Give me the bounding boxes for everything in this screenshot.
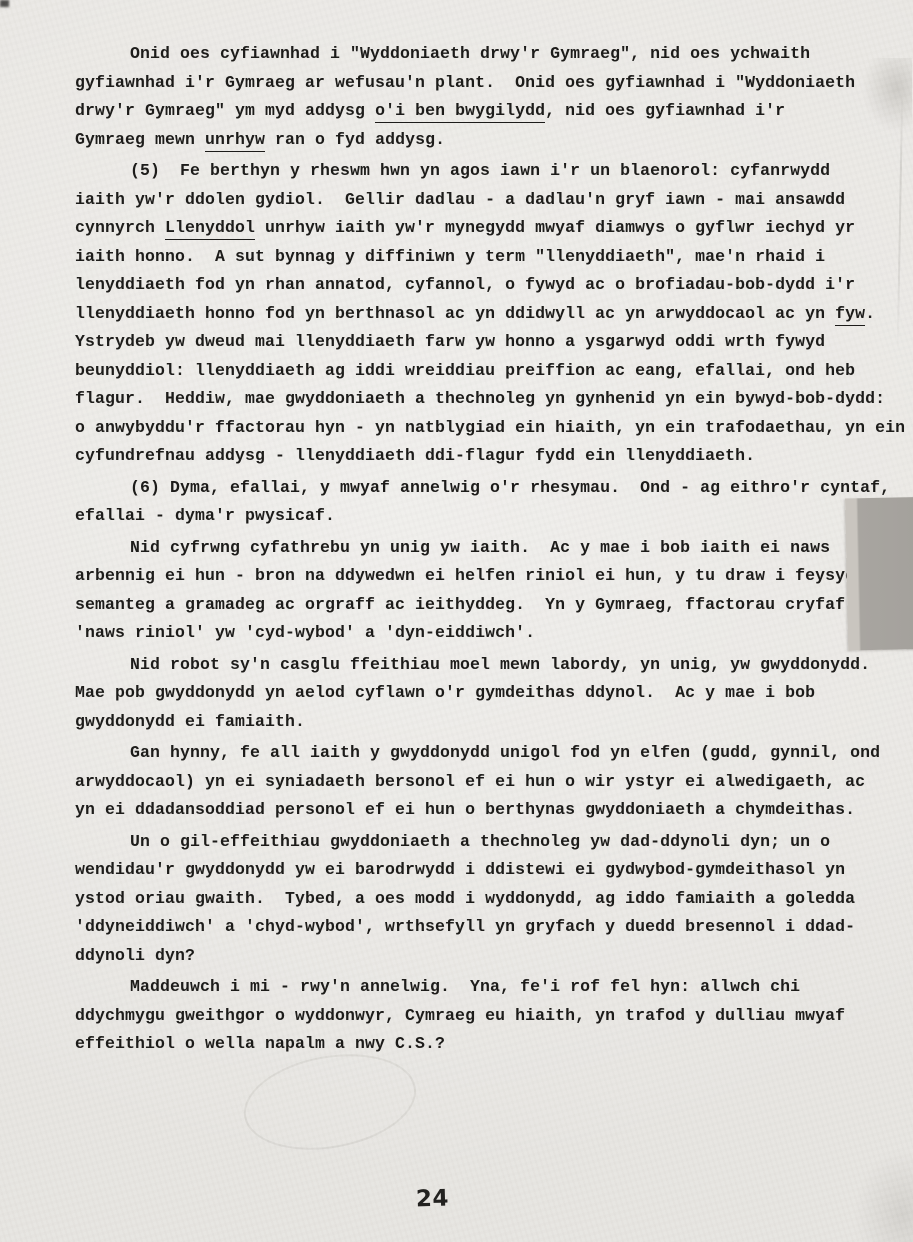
text-line: beunyddiol: llenyddiaeth ag iddi wreiddi… bbox=[75, 357, 913, 386]
text-segment: yn ei ddadansoddiad personol ef ei hun o… bbox=[75, 800, 855, 819]
text-segment: . bbox=[865, 304, 875, 323]
text-segment: ddynoli dyn? bbox=[75, 946, 195, 965]
text-line: arwyddocaol) yn ei syniadaeth bersonol e… bbox=[75, 768, 913, 797]
paragraph: (5) Fe berthyn y rheswm hwn yn agos iawn… bbox=[75, 157, 913, 471]
text-segment: lenyddiaeth fod yn rhan annatod, cyfanno… bbox=[75, 275, 855, 294]
text-line: drwy'r Gymraeg" ym myd addysg o'i ben bw… bbox=[75, 97, 913, 126]
text-segment: flagur. Heddiw, mae gwyddoniaeth a thech… bbox=[75, 389, 885, 408]
text-segment: Maddeuwch i mi - rwy'n annelwig. Yna, fe… bbox=[130, 977, 800, 996]
text-segment: Un o gil-effeithiau gwyddoniaeth a thech… bbox=[130, 832, 830, 851]
text-line: Mae pob gwyddonydd yn aelod cyflawn o'r … bbox=[75, 679, 913, 708]
paragraph: Gan hynny, fe all iaith y gwyddonydd uni… bbox=[75, 739, 913, 825]
text-line: Ystrydeb yw dweud mai llenyddiaeth farw … bbox=[75, 328, 913, 357]
text-segment: Nid robot sy'n casglu ffeithiau moel mew… bbox=[130, 655, 870, 674]
text-line: Onid oes cyfiawnhad i "Wyddoniaeth drwy'… bbox=[75, 40, 913, 69]
text-segment: Nid cyfrwng cyfathrebu yn unig yw iaith.… bbox=[130, 538, 830, 557]
text-segment: o anwybyddu'r ffactorau hyn - yn natblyg… bbox=[75, 418, 905, 437]
text-line: Gymraeg mewn unrhyw ran o fyd addysg. bbox=[75, 126, 913, 155]
text-segment: ystod oriau gwaith. Tybed, a oes modd i … bbox=[75, 889, 855, 908]
text-body: Onid oes cyfiawnhad i "Wyddoniaeth drwy'… bbox=[75, 40, 913, 1059]
text-segment: beunyddiol: llenyddiaeth ag iddi wreiddi… bbox=[75, 361, 855, 380]
text-line: cyfundrefnau addysg - llenyddiaeth ddi-f… bbox=[75, 442, 913, 471]
paragraph: (6) Dyma, efallai, y mwyaf annelwig o'r … bbox=[75, 474, 913, 531]
text-segment: ran o fyd addysg. bbox=[265, 130, 445, 149]
text-segment: iaith honno. A sut bynnag y diffiniwn y … bbox=[75, 247, 825, 266]
paragraph: Un o gil-effeithiau gwyddoniaeth a thech… bbox=[75, 828, 913, 971]
text-segment: Gymraeg mewn bbox=[75, 130, 205, 149]
text-line: arbennig ei hun - bron na ddywedwn ei he… bbox=[75, 562, 913, 591]
text-segment: wendidau'r gwyddonydd yw ei barodrwydd i… bbox=[75, 860, 845, 879]
underlined-text: unrhyw bbox=[205, 130, 265, 152]
paragraph: Nid cyfrwng cyfathrebu yn unig yw iaith.… bbox=[75, 534, 913, 648]
text-line: 'naws riniol' yw 'cyd-wybod' a 'dyn-eidd… bbox=[75, 619, 913, 648]
text-segment: effeithiol o wella napalm a nwy C.S.? bbox=[75, 1034, 445, 1053]
text-segment: (6) Dyma, efallai, y mwyaf annelwig o'r … bbox=[130, 478, 890, 497]
text-line: wendidau'r gwyddonydd yw ei barodrwydd i… bbox=[75, 856, 913, 885]
text-segment: drwy'r Gymraeg" ym myd addysg bbox=[75, 101, 375, 120]
text-line: iaith yw'r ddolen gydiol. Gellir dadlau … bbox=[75, 186, 913, 215]
text-segment: iaith yw'r ddolen gydiol. Gellir dadlau … bbox=[75, 190, 845, 209]
text-line: semanteg a gramadeg ac orgraff ac ieithy… bbox=[75, 591, 913, 620]
paragraph: Maddeuwch i mi - rwy'n annelwig. Yna, fe… bbox=[75, 973, 913, 1059]
text-segment: arwyddocaol) yn ei syniadaeth bersonol e… bbox=[75, 772, 865, 791]
underlined-text: o'i ben bwygilydd bbox=[375, 101, 545, 123]
text-segment: Ystrydeb yw dweud mai llenyddiaeth farw … bbox=[75, 332, 825, 351]
text-segment: gyfiawnhad i'r Gymraeg ar wefusau'n plan… bbox=[75, 73, 855, 92]
text-segment: (5) Fe berthyn y rheswm hwn yn agos iawn… bbox=[130, 161, 830, 180]
text-segment: efallai - dyma'r pwysicaf. bbox=[75, 506, 335, 525]
text-segment: Mae pob gwyddonydd yn aelod cyflawn o'r … bbox=[75, 683, 815, 702]
text-line: Nid cyfrwng cyfathrebu yn unig yw iaith.… bbox=[75, 534, 913, 563]
text-segment: Onid oes cyfiawnhad i "Wyddoniaeth drwy'… bbox=[130, 44, 810, 63]
text-line: ddychmygu gweithgor o wyddonwyr, Cymraeg… bbox=[75, 1002, 913, 1031]
text-line: (6) Dyma, efallai, y mwyaf annelwig o'r … bbox=[75, 474, 913, 503]
tape-patch bbox=[845, 497, 913, 650]
text-line: 'ddyneiddiwch' a 'chyd-wybod', wrthsefyl… bbox=[75, 913, 913, 942]
text-line: llenyddiaeth honno fod yn berthnasol ac … bbox=[75, 300, 913, 329]
text-line: lenyddiaeth fod yn rhan annatod, cyfanno… bbox=[75, 271, 913, 300]
text-segment: llenyddiaeth honno fod yn berthnasol ac … bbox=[75, 304, 835, 323]
text-line: efallai - dyma'r pwysicaf. bbox=[75, 502, 913, 531]
scanned-document-page: Onid oes cyfiawnhad i "Wyddoniaeth drwy'… bbox=[0, 0, 913, 1242]
text-line: ddynoli dyn? bbox=[75, 942, 913, 971]
text-line: ystod oriau gwaith. Tybed, a oes modd i … bbox=[75, 885, 913, 914]
text-segment: 'ddyneiddiwch' a 'chyd-wybod', wrthsefyl… bbox=[75, 917, 855, 936]
text-segment: unrhyw iaith yw'r mynegydd mwyaf diamwys… bbox=[255, 218, 855, 237]
text-segment: , nid oes gyfiawnhad i'r bbox=[545, 101, 785, 120]
text-line: yn ei ddadansoddiad personol ef ei hun o… bbox=[75, 796, 913, 825]
text-segment: semanteg a gramadeg ac orgraff ac ieithy… bbox=[75, 595, 865, 614]
text-line: gwyddonydd ei famiaith. bbox=[75, 708, 913, 737]
paragraph: Onid oes cyfiawnhad i "Wyddoniaeth drwy'… bbox=[75, 40, 913, 154]
text-line: Nid robot sy'n casglu ffeithiau moel mew… bbox=[75, 651, 913, 680]
text-line: Un o gil-effeithiau gwyddoniaeth a thech… bbox=[75, 828, 913, 857]
text-segment: Gan hynny, fe all iaith y gwyddonydd uni… bbox=[130, 743, 880, 762]
text-segment: cyfundrefnau addysg - llenyddiaeth ddi-f… bbox=[75, 446, 755, 465]
embossed-watermark bbox=[236, 1042, 423, 1163]
scan-corner-mark bbox=[0, 0, 9, 7]
text-line: flagur. Heddiw, mae gwyddoniaeth a thech… bbox=[75, 385, 913, 414]
text-line: (5) Fe berthyn y rheswm hwn yn agos iawn… bbox=[75, 157, 913, 186]
text-line: Gan hynny, fe all iaith y gwyddonydd uni… bbox=[75, 739, 913, 768]
text-line: effeithiol o wella napalm a nwy C.S.? bbox=[75, 1030, 913, 1059]
text-segment: gwyddonydd ei famiaith. bbox=[75, 712, 305, 731]
text-line: gyfiawnhad i'r Gymraeg ar wefusau'n plan… bbox=[75, 69, 913, 98]
text-line: Maddeuwch i mi - rwy'n annelwig. Yna, fe… bbox=[75, 973, 913, 1002]
underlined-text: fyw bbox=[835, 304, 865, 326]
text-line: cynnyrch Llenyddol unrhyw iaith yw'r myn… bbox=[75, 214, 913, 243]
text-segment: ddychmygu gweithgor o wyddonwyr, Cymraeg… bbox=[75, 1006, 845, 1025]
text-segment: cynnyrch bbox=[75, 218, 165, 237]
paragraph: Nid robot sy'n casglu ffeithiau moel mew… bbox=[75, 651, 913, 737]
page-number: 24 bbox=[0, 1174, 889, 1224]
text-line: o anwybyddu'r ffactorau hyn - yn natblyg… bbox=[75, 414, 913, 443]
underlined-text: Llenyddol bbox=[165, 218, 255, 240]
text-segment: arbennig ei hun - bron na ddywedwn ei he… bbox=[75, 566, 865, 585]
text-line: iaith honno. A sut bynnag y diffiniwn y … bbox=[75, 243, 913, 272]
text-segment: 'naws riniol' yw 'cyd-wybod' a 'dyn-eidd… bbox=[75, 623, 535, 642]
